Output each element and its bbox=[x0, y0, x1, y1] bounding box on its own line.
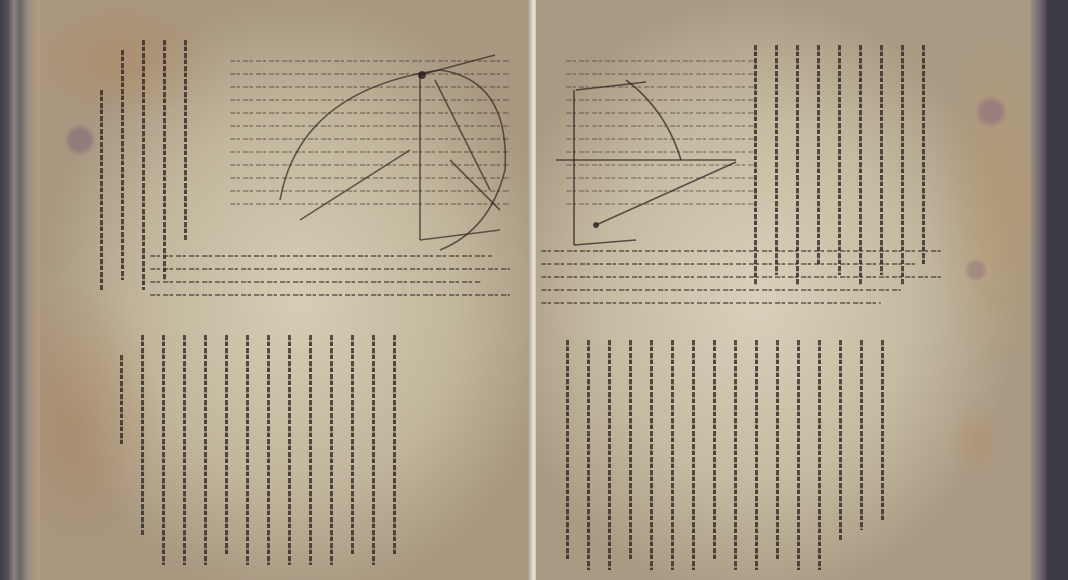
right-upper-columns bbox=[754, 45, 943, 285]
right-undertext-lines bbox=[566, 60, 756, 216]
left-middle-lines bbox=[150, 255, 510, 307]
codex-left-edge bbox=[0, 0, 42, 580]
right-middle-lines bbox=[541, 250, 941, 315]
manuscript-photo: Two facing parchment pages; underlying o… bbox=[0, 0, 1068, 580]
left-upper-columns bbox=[100, 40, 205, 290]
left-lower-columns bbox=[120, 335, 414, 565]
left-page bbox=[40, 0, 532, 580]
codex-right-edge bbox=[1030, 0, 1068, 580]
right-lower-columns bbox=[566, 340, 902, 570]
right-page bbox=[536, 0, 1030, 580]
geometric-diagram-left bbox=[240, 50, 530, 260]
